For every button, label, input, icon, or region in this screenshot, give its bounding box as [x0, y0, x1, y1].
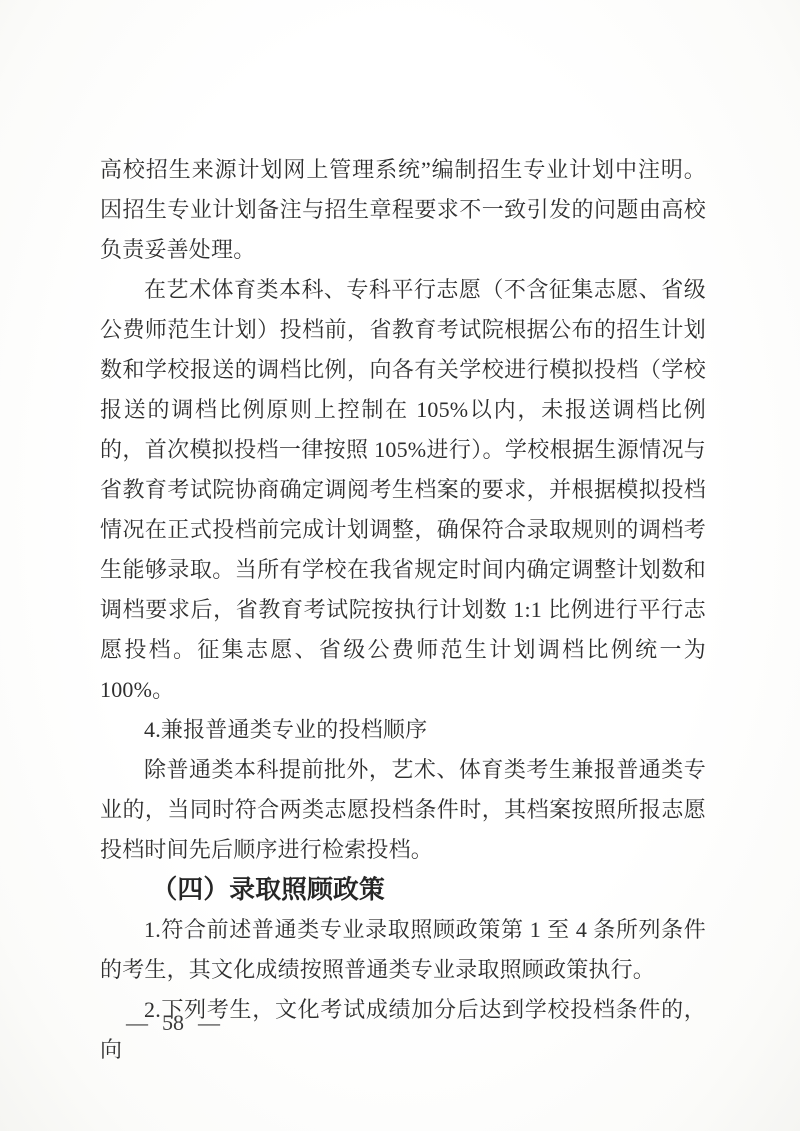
- footer-dash-right: —: [198, 1010, 220, 1035]
- page-number: 58: [162, 1008, 184, 1038]
- footer-dash-left: —: [126, 1010, 148, 1035]
- section-heading-admission-preference-policy: （四）录取照顾政策: [100, 870, 706, 910]
- document-body: 高校招生来源计划网上管理系统”编制招生专业计划中注明。因招生专业计划备注与招生章…: [100, 150, 706, 1070]
- page-footer: —58—: [126, 1008, 220, 1038]
- document-page: 高校招生来源计划网上管理系统”编制招生专业计划中注明。因招生专业计划备注与招生章…: [0, 0, 800, 1131]
- paragraph-continuation: 高校招生来源计划网上管理系统”编制招生专业计划中注明。因招生专业计划备注与招生章…: [100, 150, 706, 270]
- paragraph-item-4-title: 4.兼报普通类专业的投档顺序: [100, 710, 706, 750]
- paragraph-dual-category: 除普通类本科提前批外，艺术、体育类考生兼报普通类专业的，当同时符合两类志愿投档条…: [100, 750, 706, 870]
- paragraph-policy-item-1: 1.符合前述普通类专业录取照顾政策第 1 至 4 条所列条件的考生，其文化成绩按…: [100, 910, 706, 990]
- paragraph-provisional-filing: 在艺术体育类本科、专科平行志愿（不含征集志愿、省级公费师范生计划）投档前，省教育…: [100, 270, 706, 710]
